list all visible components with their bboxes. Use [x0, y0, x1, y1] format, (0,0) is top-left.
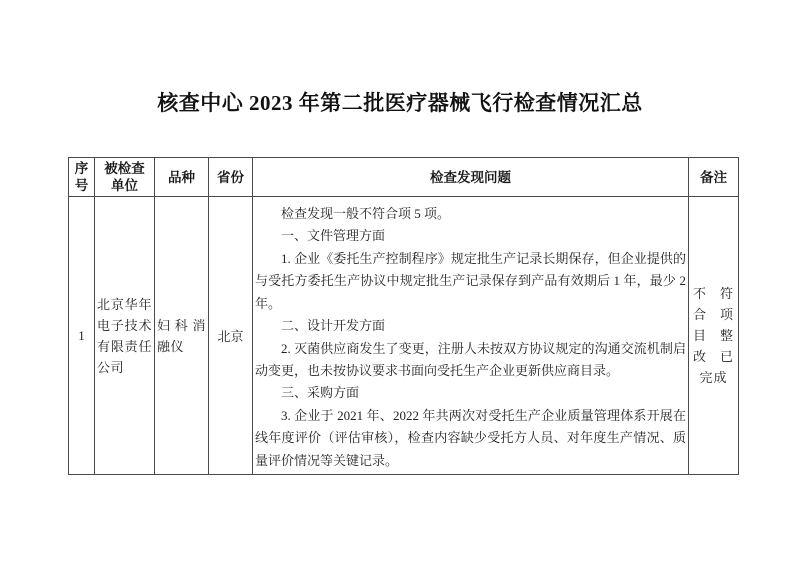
cell-inspected-unit: 北京华年电子技术有限责任公司 [95, 197, 155, 475]
table-header-row: 序号 被检查单位 品种 省份 检查发现问题 备注 [69, 158, 739, 197]
problem-paragraph: 二、设计开发方面 [255, 315, 686, 337]
document-page: 核查中心 2023 年第二批医疗器械飞行检查情况汇总 序号 被检查单位 品种 省… [0, 0, 800, 565]
problem-paragraph: 检查发现一般不符合项 5 项。 [255, 203, 686, 225]
cell-seq: 1 [69, 197, 95, 475]
cell-province: 北京 [209, 197, 253, 475]
column-header-category: 品种 [155, 158, 209, 197]
cell-inspection-problems: 检查发现一般不符合项 5 项。一、文件管理方面1. 企业《委托生产控制程序》规定… [253, 197, 689, 475]
problem-paragraph: 1. 企业《委托生产控制程序》规定批生产记录长期保存，但企业提供的与受托方委托生… [255, 248, 686, 315]
column-header-problems: 检查发现问题 [253, 158, 689, 197]
problem-paragraph: 三、采购方面 [255, 382, 686, 404]
column-header-province: 省份 [209, 158, 253, 197]
column-header-unit: 被检查单位 [95, 158, 155, 197]
cell-remarks: 不符合项目整改已完成 [689, 197, 739, 475]
column-header-seq: 序号 [69, 158, 95, 197]
table-row: 1 北京华年电子技术有限责任公司 妇科消融仪 北京 检查发现一般不符合项 5 项… [69, 197, 739, 475]
document-title: 核查中心 2023 年第二批医疗器械飞行检查情况汇总 [0, 89, 800, 117]
problem-paragraph: 一、文件管理方面 [255, 225, 686, 247]
inspection-summary-table: 序号 被检查单位 品种 省份 检查发现问题 备注 1 北京华年电子技术有限责任公… [68, 157, 739, 475]
column-header-remarks: 备注 [689, 158, 739, 197]
problem-paragraph: 3. 企业于 2021 年、2022 年共两次对受托生产企业质量管理体系开展在线… [255, 405, 686, 472]
problem-paragraph: 2. 灭菌供应商发生了变更，注册人未按双方协议规定的沟通交流机制启动变更，也未按… [255, 338, 686, 383]
cell-product-category: 妇科消融仪 [155, 197, 209, 475]
